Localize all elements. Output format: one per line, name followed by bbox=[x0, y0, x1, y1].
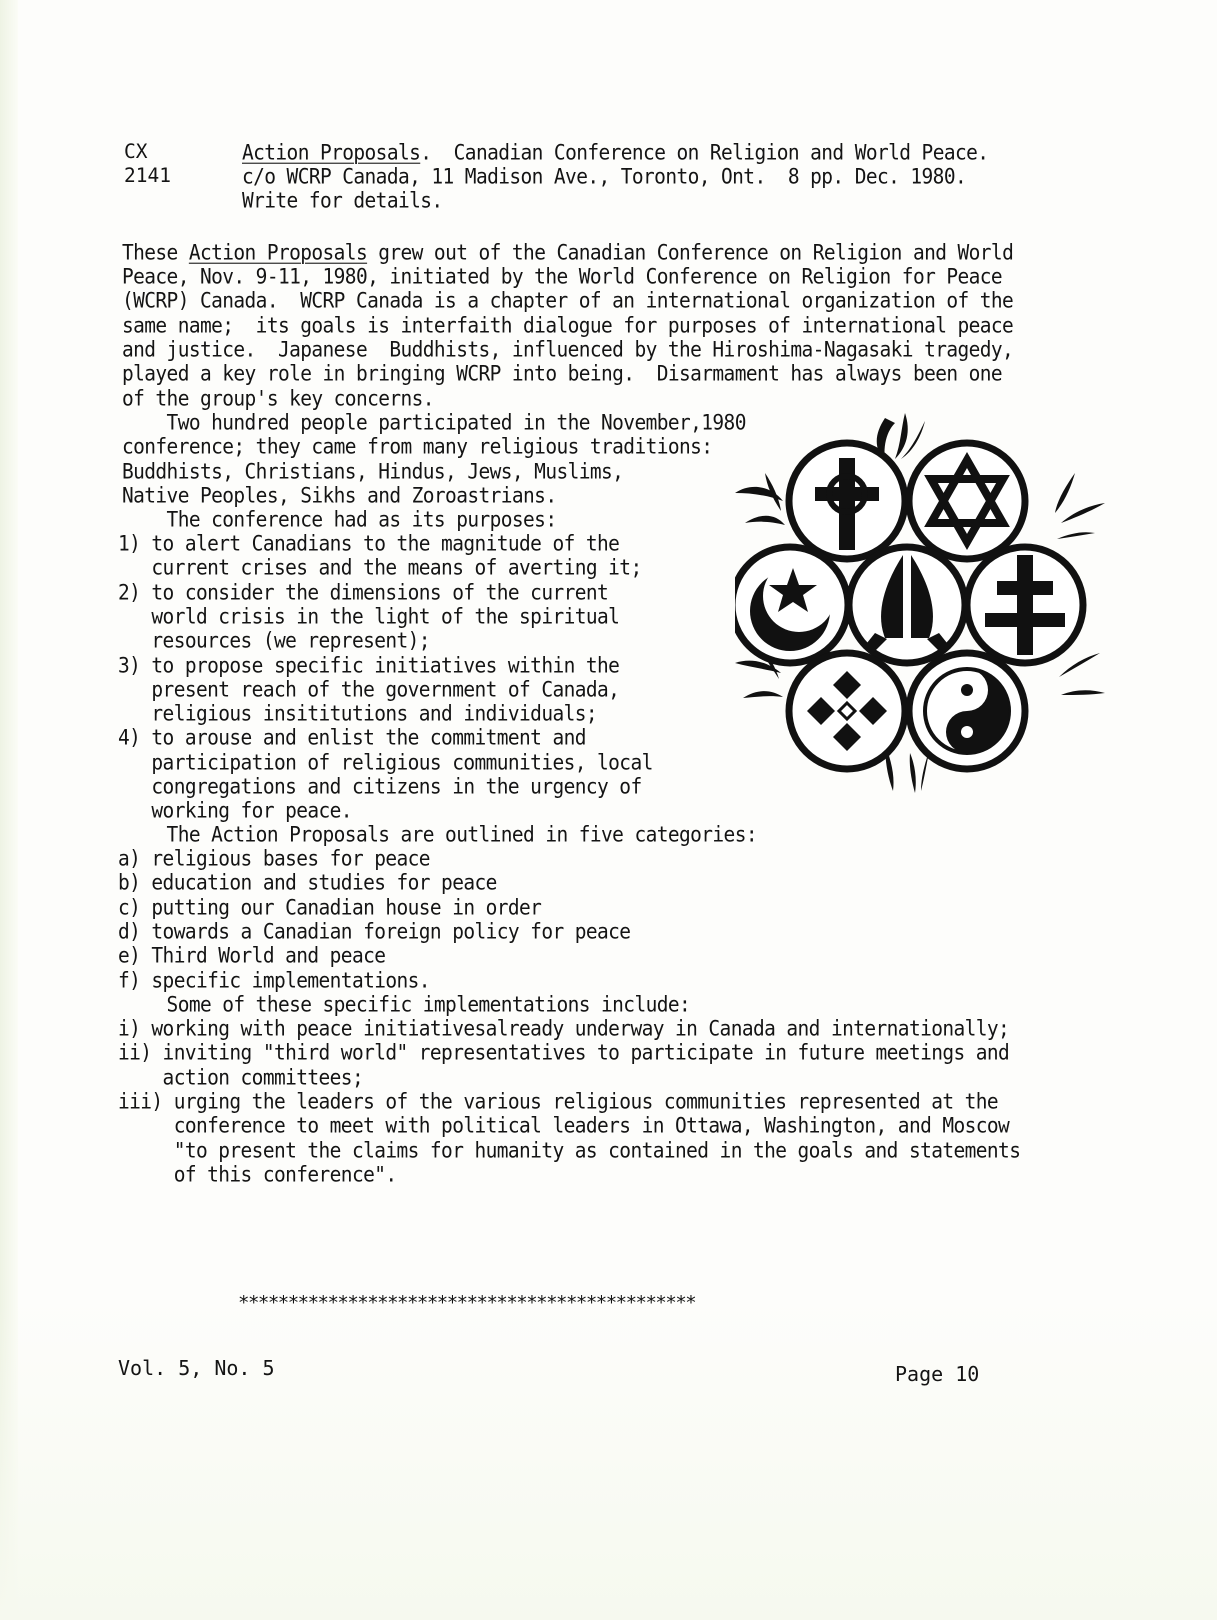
intro-line: and justice. Japanese Buddhists, influen… bbox=[122, 337, 1013, 363]
purpose-item: participation of religious communities, … bbox=[118, 750, 653, 776]
purpose-item: world crisis in the light of the spiritu… bbox=[118, 604, 619, 630]
intro-line: played a key role in bringing WCRP into … bbox=[122, 361, 1002, 387]
purpose-item: 2) to consider the dimensions of the cur… bbox=[118, 580, 608, 606]
page-number: Page 10 bbox=[895, 1362, 979, 1386]
purposes-heading: The conference had as its purposes: bbox=[122, 507, 556, 533]
purpose-item: present reach of the government of Canad… bbox=[118, 677, 619, 703]
purpose-item: working for peace. bbox=[118, 798, 352, 824]
volume-label: Vol. 5, No. 5 bbox=[118, 1356, 275, 1380]
leaf-icon bbox=[895, 413, 908, 459]
leaf-icon bbox=[1057, 532, 1095, 539]
implementation-item: action committees; bbox=[118, 1065, 363, 1091]
purpose-item: resources (we represent); bbox=[118, 628, 430, 654]
leaf-icon bbox=[1055, 473, 1075, 513]
citation-address: c/o WCRP Canada, 11 Madison Ave., Toront… bbox=[242, 164, 966, 190]
intro-line: (WCRP) Canada. WCRP Canada is a chapter … bbox=[122, 288, 1013, 314]
yin-yang-icon bbox=[925, 669, 1009, 753]
purpose-item: 4) to arouse and enlist the commitment a… bbox=[118, 725, 586, 751]
category-item: b) education and studies for peace bbox=[118, 870, 497, 896]
implementation-item: "to present the claims for humanity as c… bbox=[118, 1138, 1020, 1164]
category-item: f) specific implementations. bbox=[118, 968, 430, 994]
citation-code-line1: CX bbox=[124, 140, 147, 163]
intro-line: Peace, Nov. 9-11, 1980, initiated by the… bbox=[122, 264, 1002, 290]
citation-title-line: Action Proposals. Canadian Conference on… bbox=[242, 140, 988, 166]
category-item: d) towards a Canadian foreign policy for… bbox=[118, 919, 630, 945]
implementation-item: ii) inviting "third world" representativ… bbox=[118, 1040, 1009, 1066]
intro-line-1: These Action Proposals grew out of the C… bbox=[122, 240, 1013, 266]
citation-title-suffix: . Canadian Conference on Religion and Wo… bbox=[420, 140, 988, 165]
leaf-icon bbox=[743, 691, 783, 698]
purpose-item: congregations and citizens in the urgenc… bbox=[118, 774, 642, 800]
implementation-item: i) working with peace initiativesalready… bbox=[118, 1016, 1009, 1042]
leaf-icon bbox=[1061, 503, 1105, 523]
intro-line: same name; its goals is interfaith dialo… bbox=[122, 313, 1013, 339]
intro-title: Action Proposals bbox=[189, 240, 367, 265]
implementation-item: iii) urging the leaders of the various r… bbox=[118, 1089, 998, 1115]
category-item: e) Third World and peace bbox=[118, 943, 385, 969]
citation-code: CX 2141 bbox=[124, 140, 171, 188]
leaf-icon bbox=[1061, 690, 1105, 695]
purpose-item: 1) to alert Canadians to the magnitude o… bbox=[118, 531, 619, 557]
implementation-item: of this conference". bbox=[118, 1162, 397, 1188]
category-item: c) putting our Canadian house in order bbox=[118, 895, 541, 921]
citation-note: Write for details. bbox=[242, 188, 443, 214]
purpose-item: 3) to propose specific initiatives withi… bbox=[118, 653, 619, 679]
participants-line: Native Peoples, Sikhs and Zoroastrians. bbox=[122, 483, 556, 509]
purpose-item: religious insititutions and individuals; bbox=[118, 701, 597, 727]
participants-line: Buddhists, Christians, Hindus, Jews, Mus… bbox=[122, 459, 623, 485]
purpose-item: current crises and the means of averting… bbox=[118, 555, 642, 581]
interfaith-emblem bbox=[735, 413, 1105, 793]
citation-code-line2: 2141 bbox=[124, 164, 171, 187]
intro-pre: These bbox=[122, 240, 189, 265]
category-item: a) religious bases for peace bbox=[118, 846, 430, 872]
leaf-icon bbox=[745, 516, 785, 525]
citation-title: Action Proposals bbox=[242, 140, 420, 165]
participants-line: conference; they came from many religiou… bbox=[122, 434, 712, 460]
separator: ****************************************… bbox=[238, 1292, 695, 1314]
leaf-icon bbox=[1059, 653, 1100, 677]
categories-heading: The Action Proposals are outlined in fiv… bbox=[122, 822, 757, 848]
participants-line: Two hundred people participated in the N… bbox=[122, 410, 746, 436]
intro-line: of the group's key concerns. bbox=[122, 386, 434, 412]
leaf-icon bbox=[910, 753, 916, 793]
implementation-item: conference to meet with political leader… bbox=[118, 1113, 1009, 1139]
implementations-heading: Some of these specific implementations i… bbox=[122, 992, 690, 1018]
intro-post: grew out of the Canadian Conference on R… bbox=[367, 240, 1013, 265]
scan-tint bbox=[0, 1300, 1217, 1620]
